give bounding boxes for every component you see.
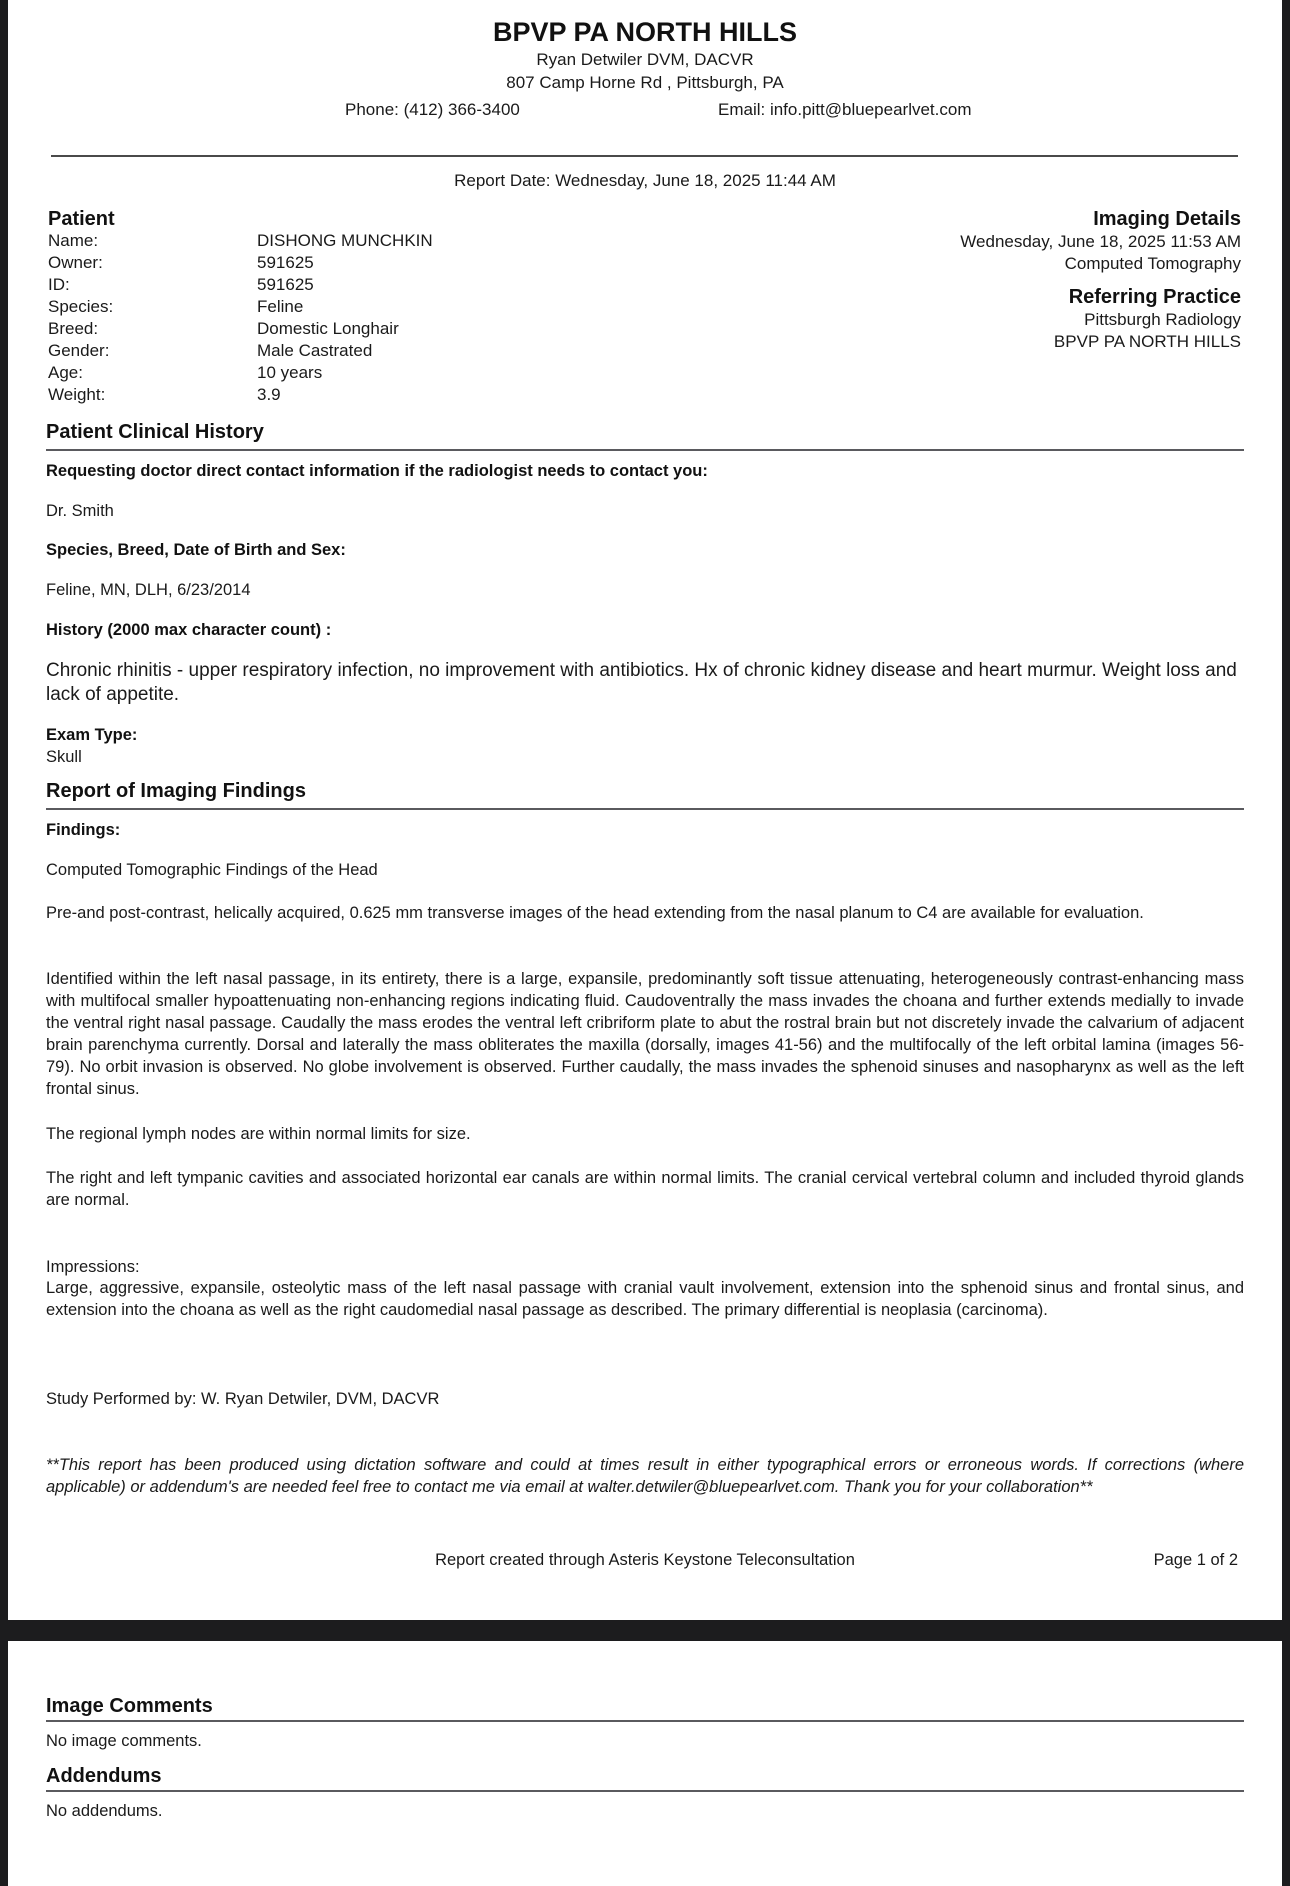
findings-paragraph: The regional lymph nodes are within norm… — [46, 1123, 1244, 1145]
image-comments-divider — [46, 1720, 1244, 1722]
findings-label: Findings: — [46, 822, 120, 839]
findings-paragraph: Pre-and post-contrast, helically acquire… — [46, 902, 1244, 924]
clinical-history-heading: Patient Clinical History — [46, 422, 264, 442]
imaging-modality: Computed Tomography — [1065, 255, 1241, 272]
doctor-name: Ryan Detwiler DVM, DACVR — [0, 51, 1290, 68]
report-date: Report Date: Wednesday, June 18, 2025 11… — [0, 172, 1290, 189]
practice-address: 807 Camp Horne Rd , Pittsburgh, PA — [0, 74, 1290, 91]
addendums-heading: Addendums — [46, 1766, 162, 1786]
contact-value: Dr. Smith — [46, 503, 114, 520]
signalment-value: Feline, MN, DLH, 6/23/2014 — [46, 582, 251, 599]
referring-practice-clinic: BPVP PA NORTH HILLS — [1054, 333, 1241, 350]
practice-name: BPVP PA NORTH HILLS — [0, 19, 1290, 46]
findings-subtitle: Computed Tomographic Findings of the Hea… — [46, 862, 378, 879]
patient-field-value: DISHONG MUNCHKIN — [257, 232, 433, 249]
header-divider — [51, 155, 1238, 157]
patient-field-label: Weight: — [48, 386, 105, 403]
findings-paragraph: Identified within the left nasal passage… — [46, 968, 1244, 1100]
practice-phone: Phone: (412) 366-3400 — [345, 101, 520, 118]
referring-practice-name: Pittsburgh Radiology — [1084, 311, 1241, 328]
patient-field-value: 3.9 — [257, 386, 281, 403]
patient-field-value: Domestic Longhair — [257, 320, 399, 337]
patient-field-value: 10 years — [257, 364, 322, 381]
report-page-2 — [8, 1641, 1282, 1886]
findings-heading: Report of Imaging Findings — [46, 781, 306, 801]
exam-type-label: Exam Type: — [46, 727, 137, 744]
patient-field-value: 591625 — [257, 254, 314, 271]
patient-field-value: 591625 — [257, 276, 314, 293]
dictation-disclaimer: **This report has been produced using di… — [46, 1454, 1244, 1498]
findings-paragraph: The right and left tympanic cavities and… — [46, 1167, 1244, 1211]
patient-field-label: Gender: — [48, 342, 109, 359]
referring-practice-heading: Referring Practice — [1069, 287, 1241, 307]
exam-type-value: Skull — [46, 749, 82, 766]
patient-field-label: Species: — [48, 298, 113, 315]
image-comments-heading: Image Comments — [46, 1696, 213, 1716]
image-comments-value: No image comments. — [46, 1733, 202, 1750]
footer-created-through-text: Report created through Asteris Keystone … — [435, 1551, 855, 1569]
contact-label: Requesting doctor direct contact informa… — [46, 463, 708, 480]
patient-field-label: ID: — [48, 276, 70, 293]
patient-field-label: Breed: — [48, 320, 98, 337]
history-value: Chronic rhinitis - upper respiratory inf… — [46, 659, 1246, 707]
addendums-divider — [46, 1790, 1244, 1792]
patient-heading: Patient — [48, 209, 115, 229]
imaging-date: Wednesday, June 18, 2025 11:53 AM — [960, 233, 1241, 250]
page-number: Page 1 of 2 — [1154, 1552, 1238, 1569]
footer-created-through: Report created through Asteris Keystone … — [0, 1552, 1290, 1569]
patient-field-label: Age: — [48, 364, 83, 381]
practice-email: Email: info.pitt@bluepearlvet.com — [718, 101, 971, 118]
patient-field-label: Owner: — [48, 254, 103, 271]
patient-field-value: Feline — [257, 298, 303, 315]
clinical-history-divider — [46, 449, 1244, 451]
signalment-label: Species, Breed, Date of Birth and Sex: — [46, 542, 346, 559]
performed-by: Study Performed by: W. Ryan Detwiler, DV… — [46, 1391, 439, 1408]
patient-field-label: Name: — [48, 232, 98, 249]
imaging-details-heading: Imaging Details — [1093, 209, 1241, 229]
patient-field-value: Male Castrated — [257, 342, 372, 359]
addendums-value: No addendums. — [46, 1803, 163, 1820]
impressions-text: Large, aggressive, expansile, osteolytic… — [46, 1277, 1244, 1321]
findings-divider — [46, 808, 1244, 810]
impressions-label: Impressions: — [46, 1259, 140, 1276]
history-label: History (2000 max character count) : — [46, 622, 331, 639]
